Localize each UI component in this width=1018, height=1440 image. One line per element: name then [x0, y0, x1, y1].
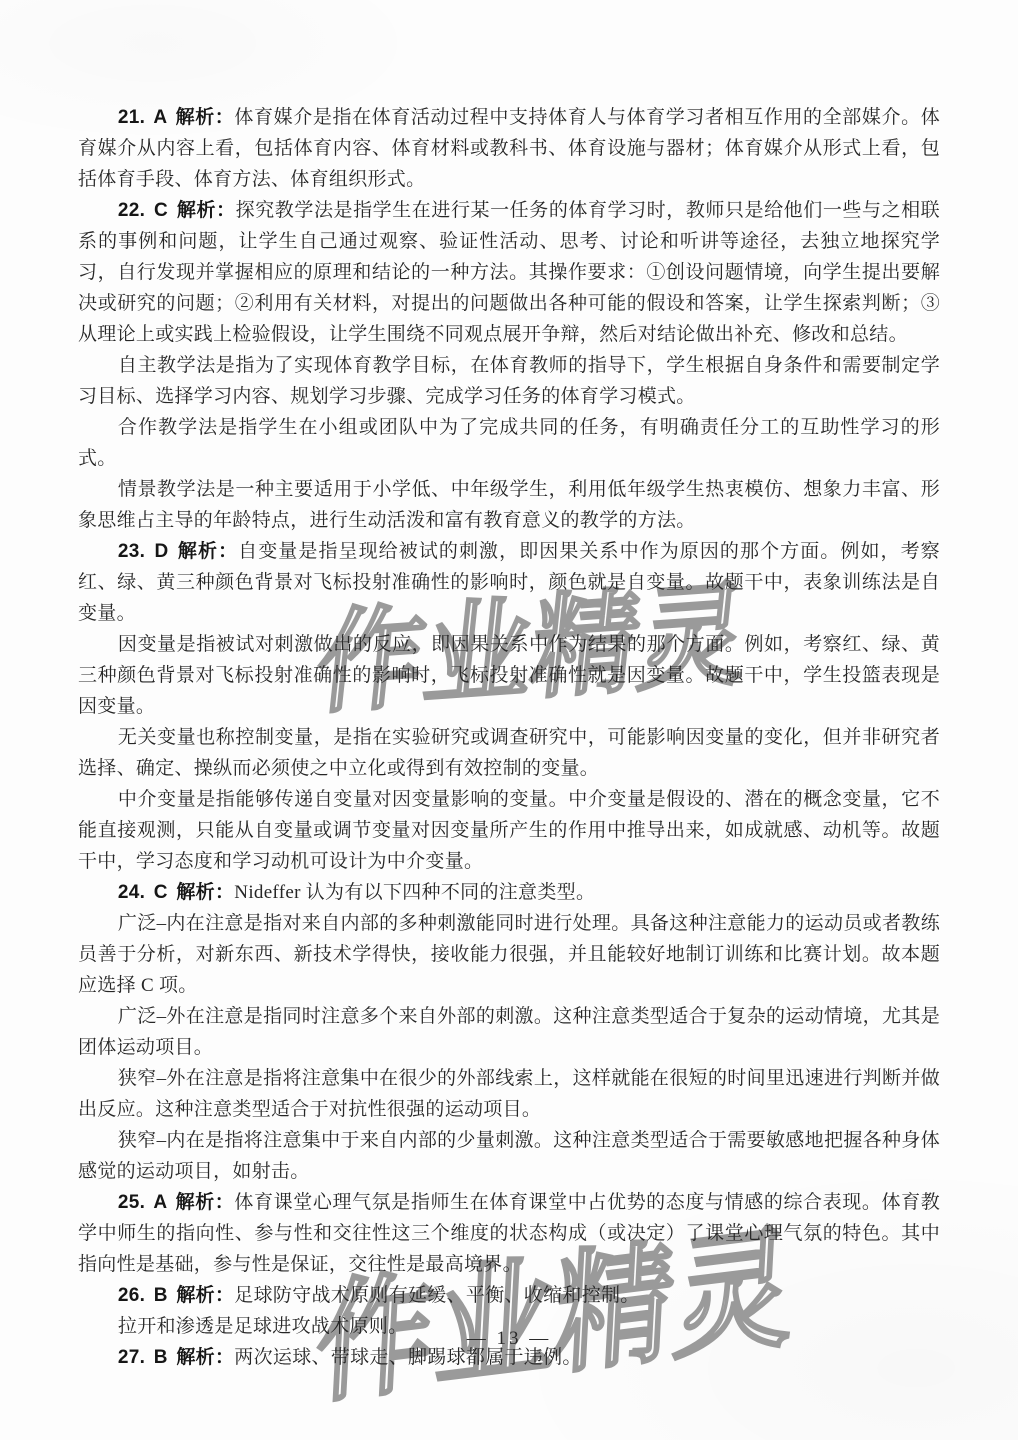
explanation-paragraph: 因变量是指被试对刺激做出的反应，即因果关系中作为结果的那个方面。例如，考察红、绿…: [78, 629, 940, 722]
answer-paragraph: 22. C 解析：探究教学法是指学生在进行某一任务的体育学习时，教师只是给他们一…: [78, 195, 940, 350]
answer-paragraph: 25. A 解析：体育课堂心理气氛是指师生在体育课堂中占优势的态度与情感的综合表…: [78, 1187, 940, 1280]
explanation-paragraph: 狭窄–外在注意是指将注意集中在很少的外部线索上，这样就能在很短的时间里迅速进行判…: [78, 1063, 940, 1125]
answer-paragraph: 26. B 解析：足球防守战术原则有延缓、平衡、收缩和控制。: [78, 1280, 940, 1311]
explanation-paragraph: 广泛–内在注意是指对来自内部的多种刺激能同时进行处理。具备这种注意能力的运动员或…: [78, 908, 940, 1001]
answer-paragraph: 23. D 解析：自变量是指呈现给被试的刺激，即因果关系中作为原因的那个方面。例…: [78, 536, 940, 629]
answer-prefix: 24. C 解析：: [118, 882, 234, 903]
answer-prefix: 25. A 解析：: [118, 1192, 235, 1213]
answer-prefix: 23. D 解析：: [118, 541, 238, 562]
page-number: — 13 —: [0, 1328, 1018, 1350]
explanation-paragraph: 无关变量也称控制变量，是指在实验研究或调查研究中，可能影响因变量的变化，但并非研…: [78, 722, 940, 784]
answer-prefix: 26. B 解析：: [118, 1285, 234, 1306]
answer-paragraph: 21. A 解析：体育媒介是指在体育活动过程中支持体育人与体育学习者相互作用的全…: [78, 102, 940, 195]
answer-prefix: 22. C 解析：: [118, 200, 236, 221]
explanation-paragraph: 狭窄–内在是指将注意集中于来自内部的少量刺激。这种注意类型适合于需要敏感地把握各…: [78, 1125, 940, 1187]
explanation-paragraph: 广泛–外在注意是指同时注意多个来自外部的刺激。这种注意类型适合于复杂的运动情境，…: [78, 1001, 940, 1063]
explanation-paragraph: 自主教学法是指为了实现体育教学目标，在体育教师的指导下，学生根据自身条件和需要制…: [78, 350, 940, 412]
answer-prefix: 27. B 解析：: [118, 1347, 234, 1368]
explanation-paragraph: 合作教学法是指学生在小组或团队中为了完成共同的任务，有明确责任分工的互助性学习的…: [78, 412, 940, 474]
answer-paragraph: 24. C 解析：Nideffer 认为有以下四种不同的注意类型。: [78, 877, 940, 908]
answer-prefix: 21. A 解析：: [118, 107, 235, 128]
answer-explanations: 21. A 解析：体育媒介是指在体育活动过程中支持体育人与体育学习者相互作用的全…: [78, 102, 940, 1373]
explanation-paragraph: 中介变量是指能够传递自变量对因变量影响的变量。中介变量是假设的、潜在的概念变量，…: [78, 784, 940, 877]
document-page: 作业精灵 作业精灵 21. A 解析：体育媒介是指在体育活动过程中支持体育人与体…: [0, 0, 1018, 1440]
explanation-paragraph: 情景教学法是一种主要适用于小学低、中年级学生，利用低年级学生热衷模仿、想象力丰富…: [78, 474, 940, 536]
